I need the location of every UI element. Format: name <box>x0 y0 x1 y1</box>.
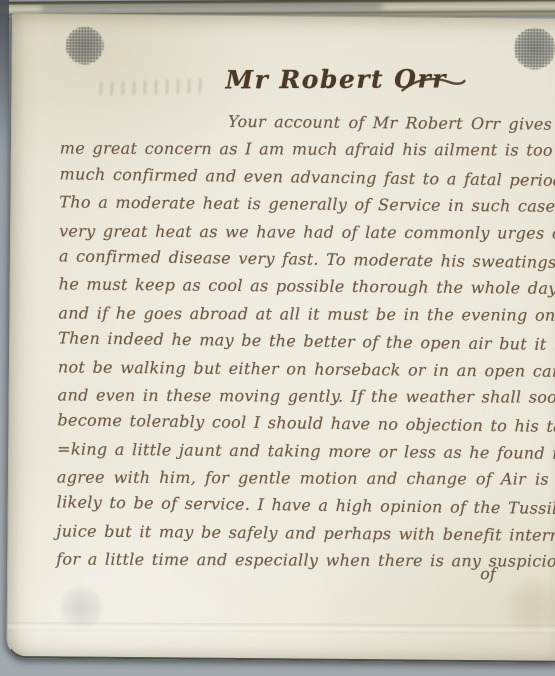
letter-line: =king a little jaunt and taking more or … <box>57 435 549 467</box>
paper-crease <box>8 622 555 634</box>
letter-line: juice but it may be safely and perhaps w… <box>56 517 548 549</box>
manuscript-page: Mr Robert Orr Your account of Mr Robert … <box>6 13 555 663</box>
scanned-manuscript-photo: Mr Robert Orr Your account of Mr Robert … <box>0 0 555 676</box>
paper-smudge-top-right <box>514 27 555 69</box>
heading-flourish-stroke <box>400 74 466 97</box>
faint-pencil-annotation <box>95 79 207 96</box>
catchword: of <box>480 564 496 583</box>
paper-smudge-top-left <box>66 26 104 64</box>
letter-line: not be walking but either on horseback o… <box>58 353 550 385</box>
page-edge-shadow <box>42 1 382 12</box>
letter-line: Tho a moderate heat is generally of Serv… <box>59 189 551 221</box>
letter-body: Your account of Mr Robert Orr givesme gr… <box>56 106 552 576</box>
letter-line: he must keep as cool as possible thoroug… <box>59 271 551 303</box>
letter-line: for a little time and especially when th… <box>56 546 548 576</box>
letter-line: me great concern as I am much afraid his… <box>60 135 552 165</box>
letter-line: Your account of Mr Robert Orr gives <box>60 106 552 138</box>
letter-line: very great heat as we have had of late c… <box>59 217 551 247</box>
binding-gutter-shadow <box>0 0 9 150</box>
